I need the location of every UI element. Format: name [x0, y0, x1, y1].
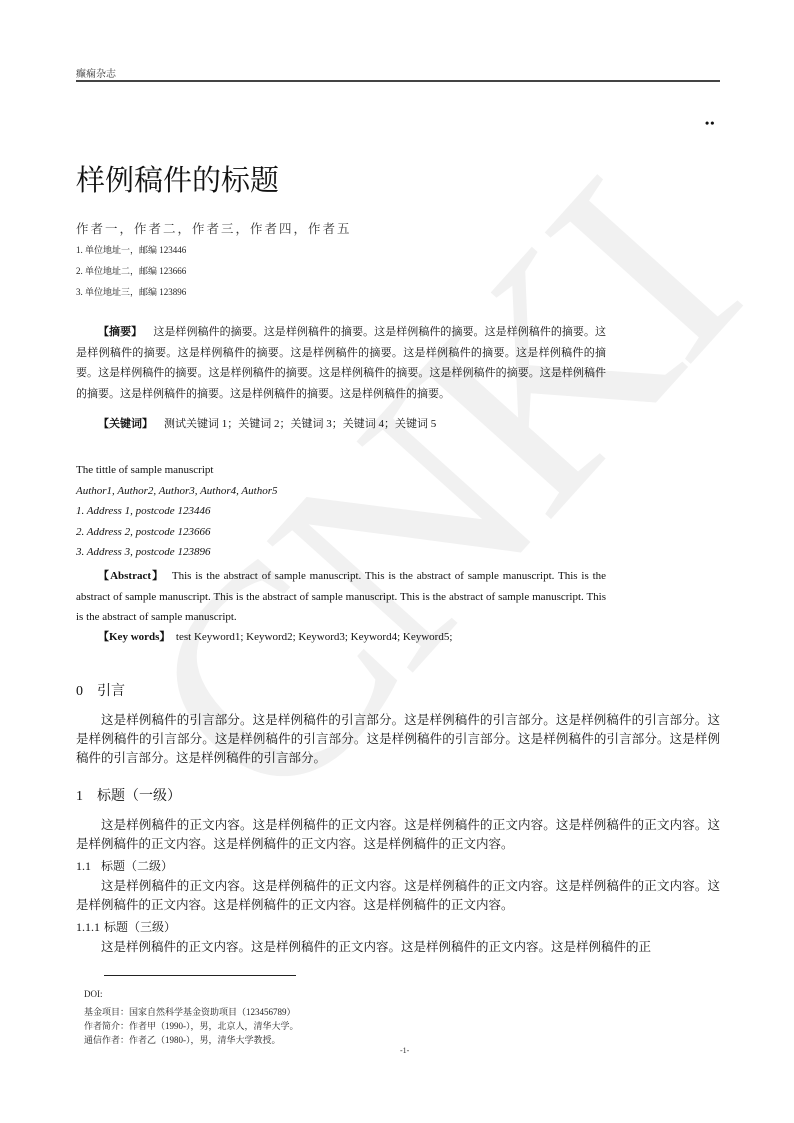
english-address-2: 2. Address 2, postcode 123666 — [76, 526, 210, 538]
affiliation-1: 1. 单位地址一，邮编 123446 — [76, 243, 186, 256]
abstract-en-label: 【Abstract】 — [98, 570, 164, 582]
corner-mark: •• — [705, 116, 715, 131]
english-authors: Author1, Author2, Author3, Author4, Auth… — [76, 485, 278, 497]
header-rule — [76, 80, 720, 82]
running-header: 癫痫杂志 — [76, 64, 720, 82]
section-number: 1.1.1 — [76, 920, 100, 934]
section-heading-level1: 1标题（一级） — [76, 785, 181, 805]
page-number: -1- — [400, 1046, 409, 1055]
section-body-intro: 这是样例稿件的引言部分。这是样例稿件的引言部分。这是样例稿件的引言部分。这是样例… — [76, 710, 720, 767]
section-body-level2: 这是样例稿件的正文内容。这是样例稿件的正文内容。这是样例稿件的正文内容。这是样例… — [76, 876, 720, 914]
paper-title: 样例稿件的标题 — [76, 158, 279, 199]
footnote-rule — [104, 975, 296, 976]
section-number: 1.1 — [76, 859, 91, 873]
affiliation-2: 2. 单位地址二，邮编 123666 — [76, 264, 186, 277]
section-number: 0 — [76, 684, 83, 699]
section-title: 标题（二级） — [101, 859, 173, 873]
english-address-3: 3. Address 3, postcode 123896 — [76, 546, 210, 558]
section-heading-intro: 0引言 — [76, 680, 125, 700]
journal-name: 癫痫杂志 — [76, 69, 116, 80]
abstract-cn: 【摘要】 这是样例稿件的摘要。这是样例稿件的摘要。这是样例稿件的摘要。这是样例稿… — [76, 322, 606, 404]
footnote-author-bio: 作者简介：作者甲（1990-），男，北京人，清华大学。 — [84, 1019, 299, 1032]
keywords-en-text: test Keyword1; Keyword2; Keyword3; Keywo… — [176, 631, 452, 643]
keywords-cn: 【关键词】 测试关键词 1；关键词 2；关键词 3；关键词 4；关键词 5 — [76, 414, 606, 435]
footnote-corresponding: 通信作者：作者乙（1980-），男，清华大学教授。 — [84, 1033, 281, 1046]
footnote-doi: DOI: — [84, 989, 103, 999]
english-title: The tittle of sample manuscript — [76, 464, 213, 476]
document-page: 癫痫杂志 •• 样例稿件的标题 作者一，作者二，作者三，作者四，作者五 1. 单… — [0, 0, 794, 1123]
abstract-en: 【Abstract】 This is the abstract of sampl… — [76, 566, 606, 628]
keywords-cn-label: 【关键词】 — [98, 417, 153, 430]
section-heading-level2: 1.1标题（二级） — [76, 857, 173, 874]
keywords-en-label: 【Key words】 — [98, 631, 170, 643]
keywords-en: 【Key words】 test Keyword1; Keyword2; Key… — [76, 627, 606, 648]
section-title: 引言 — [97, 683, 125, 699]
section-title: 标题（一级） — [97, 788, 181, 804]
abstract-cn-label: 【摘要】 — [98, 325, 142, 338]
section-heading-level3: 1.1.1标题（三级） — [76, 918, 176, 935]
english-address-1: 1. Address 1, postcode 123446 — [76, 505, 210, 517]
keywords-cn-text: 测试关键词 1；关键词 2；关键词 3；关键词 4；关键词 5 — [164, 418, 436, 430]
author-list: 作者一，作者二，作者三，作者四，作者五 — [76, 219, 352, 237]
footnote-fund: 基金项目：国家自然科学基金资助项目（123456789） — [84, 1005, 296, 1018]
section-number: 1 — [76, 789, 83, 804]
section-title: 标题（三级） — [104, 920, 176, 934]
affiliation-3: 3. 单位地址三，邮编 123896 — [76, 285, 186, 298]
section-body-level1: 这是样例稿件的正文内容。这是样例稿件的正文内容。这是样例稿件的正文内容。这是样例… — [76, 815, 720, 853]
abstract-cn-text: 这是样例稿件的摘要。这是样例稿件的摘要。这是样例稿件的摘要。这是样例稿件的摘要。… — [76, 326, 606, 400]
section-body-level3: 这是样例稿件的正文内容。这是样例稿件的正文内容。这是样例稿件的正文内容。这是样例… — [76, 937, 720, 956]
